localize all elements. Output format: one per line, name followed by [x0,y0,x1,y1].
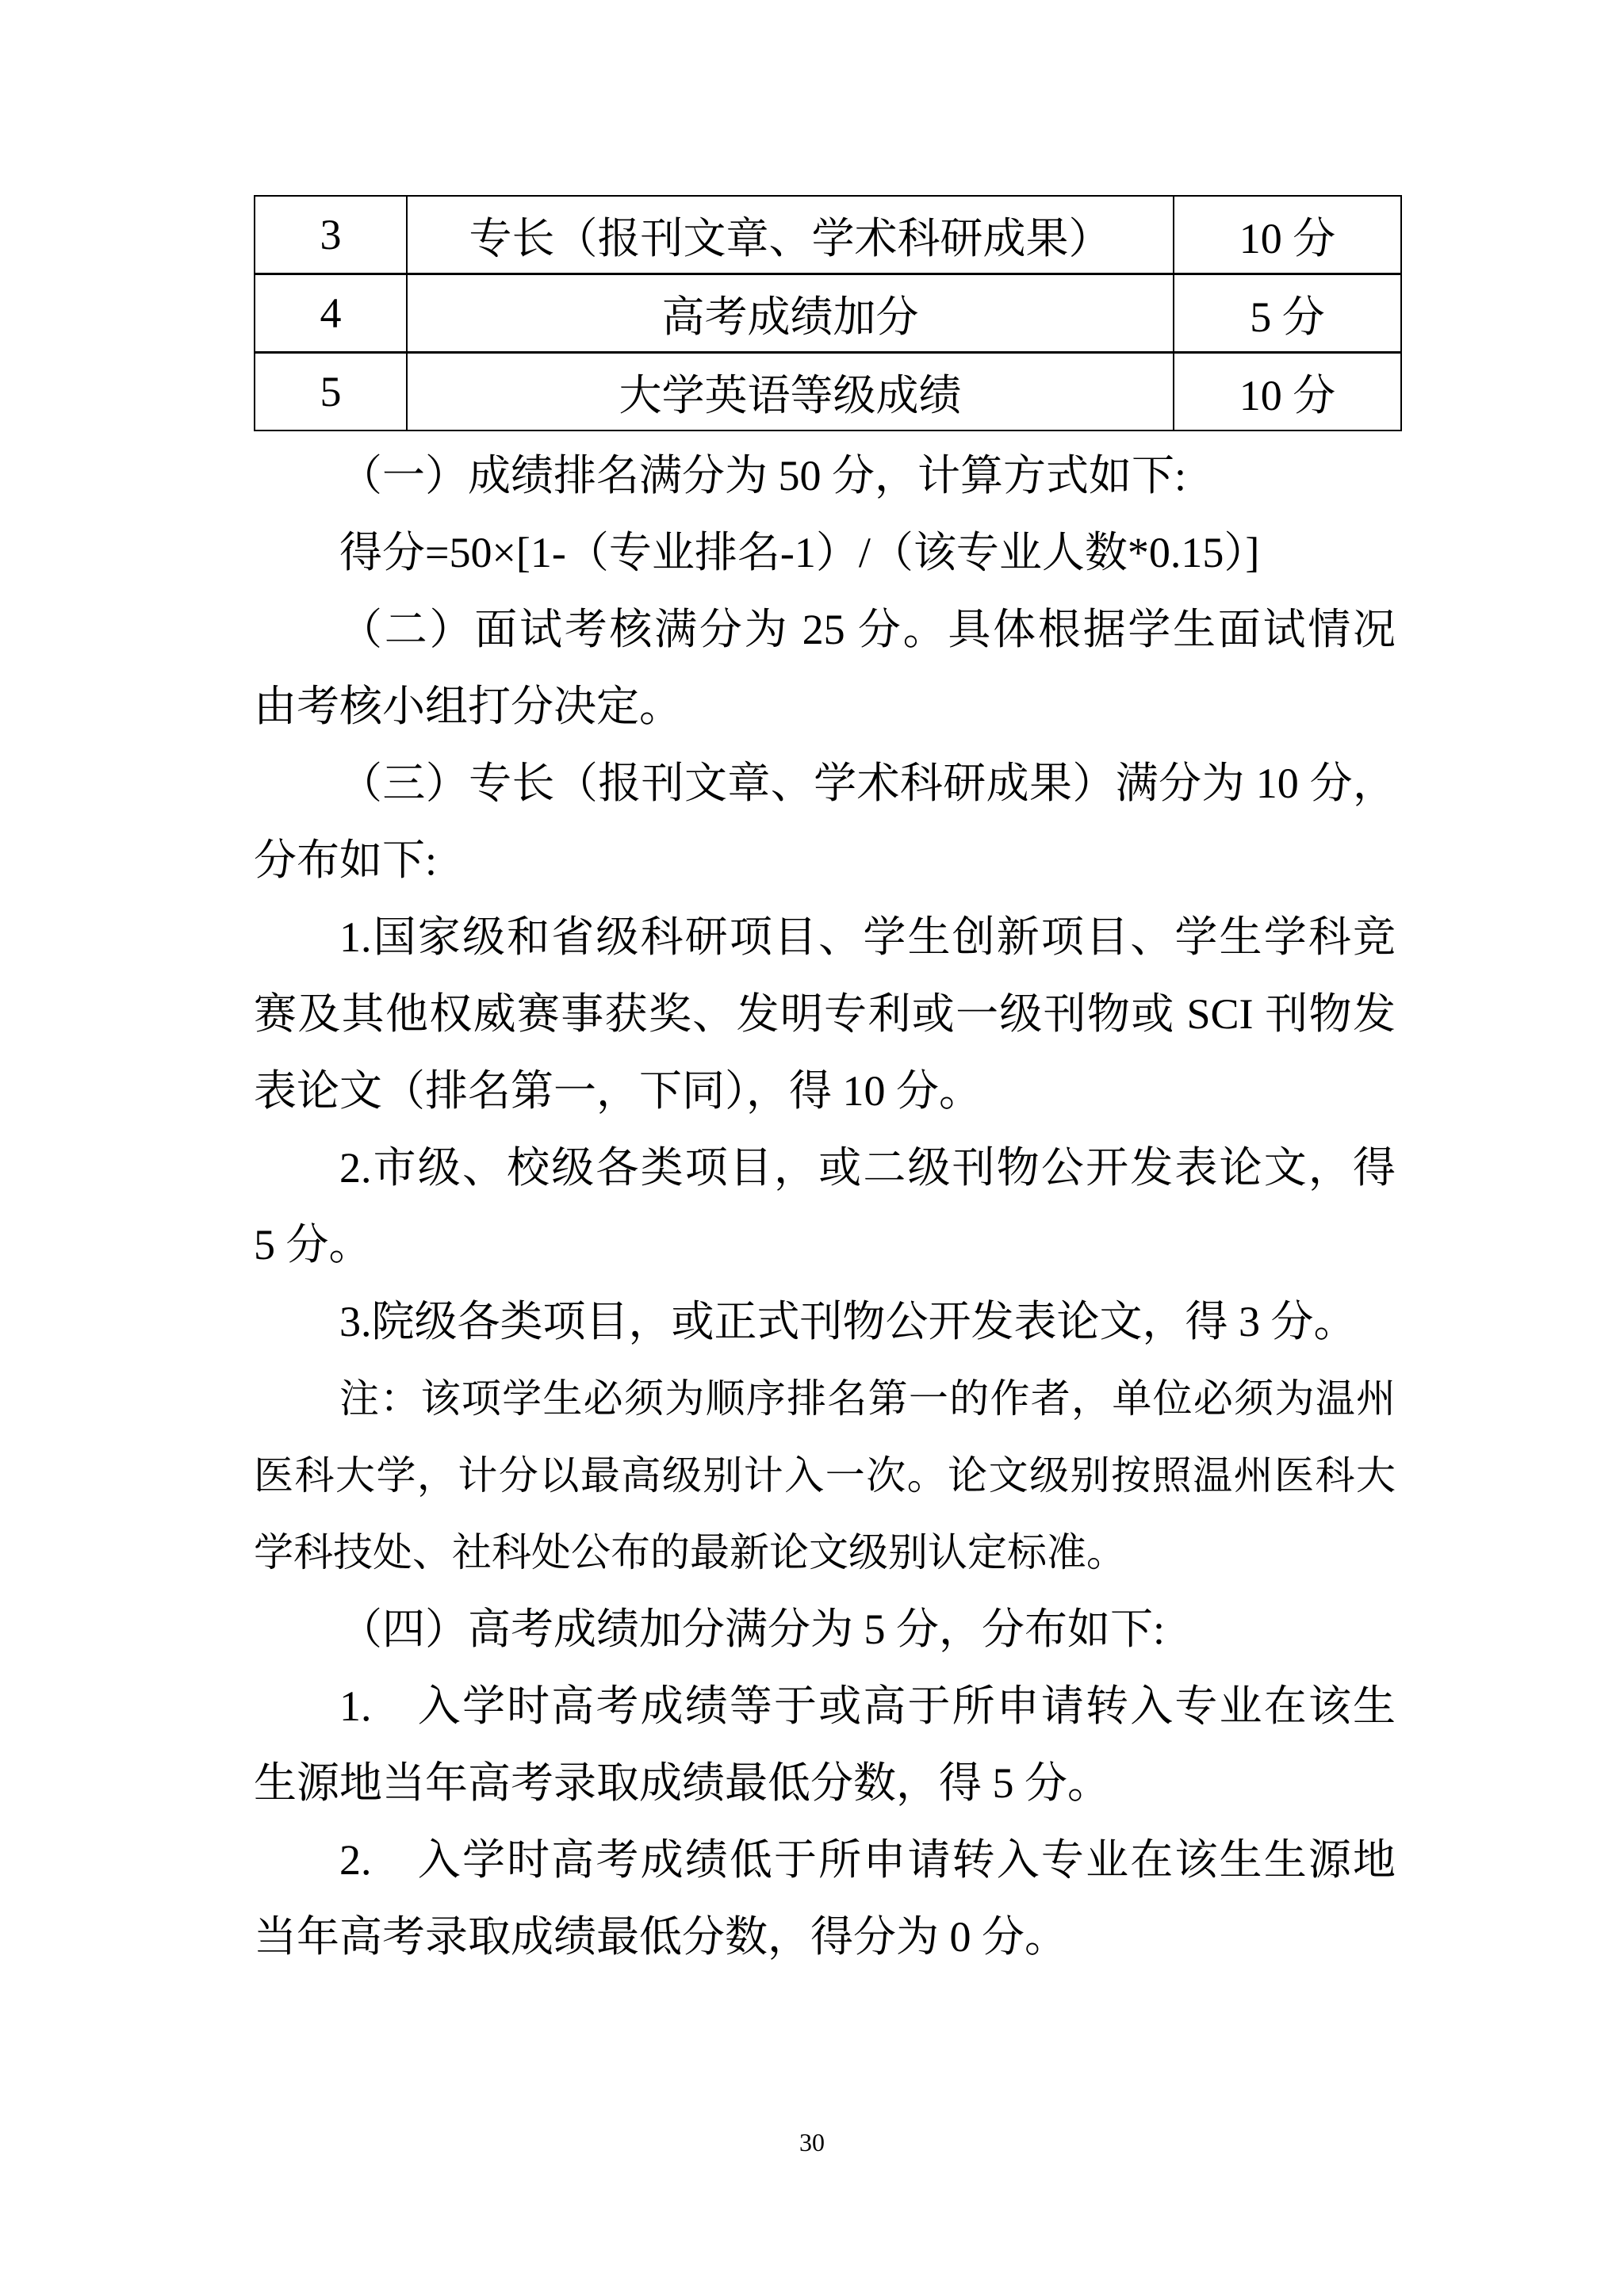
text-line: （三）专长（报刊文章、学术科研成果）满分为 10 分， [254,745,1396,822]
page-number: 30 [0,2126,1624,2158]
text-line: 2. 入学时高考成绩低于所申请转入专业在该生生源地 [254,1822,1396,1899]
text-line: 5 分。 [254,1207,1396,1284]
cell-seq: 3 [255,196,407,274]
table-row: 4 高考成绩加分 5 分 [255,274,1401,353]
text-line: 医科大学，计分以最高级别计入一次。论文级别按照温州医科大 [254,1437,1396,1514]
text-line: （四）高考成绩加分满分为 5 分，分布如下: [254,1591,1396,1668]
text-line: 学科技处、社科处公布的最新论文级别认定标准。 [254,1514,1396,1591]
text-line: 分布如下: [254,822,1396,899]
cell-score: 10 分 [1174,353,1401,431]
cell-score: 5 分 [1174,274,1401,353]
table-row: 3 专长（报刊文章、学术科研成果） 10 分 [255,196,1401,274]
cell-seq: 5 [255,353,407,431]
text-line: 赛及其他权威赛事获奖、发明专利或一级刊物或 SCI 刊物发 [254,976,1396,1053]
text-line: 生源地当年高考录取成绩最低分数，得 5 分。 [254,1745,1396,1822]
text-line: 3.院级各类项目，或正式刊物公开发表论文，得 3 分。 [254,1284,1396,1360]
text-line: 当年高考录取成绩最低分数，得分为 0 分。 [254,1899,1396,1976]
cell-seq: 4 [255,274,407,353]
text-line: 注：该项学生必须为顺序排名第一的作者，单位必须为温州 [254,1360,1396,1437]
text-line: 1.国家级和省级科研项目、学生创新项目、学生学科竞 [254,899,1396,976]
score-table: 3 专长（报刊文章、学术科研成果） 10 分 4 高考成绩加分 5 分 5 大学… [254,195,1402,431]
body-text: （一）成绩排名满分为 50 分，计算方式如下: 得分=50×[1-（专业排名-1… [254,438,1396,1976]
cell-item: 专长（报刊文章、学术科研成果） [407,196,1174,274]
text-line: （一）成绩排名满分为 50 分，计算方式如下: [254,438,1396,515]
text-line: 得分=50×[1-（专业排名-1）/（该专业人数*0.15）] [254,515,1396,591]
cell-item: 高考成绩加分 [407,274,1174,353]
text-line: （二）面试考核满分为 25 分。具体根据学生面试情况 [254,591,1396,668]
text-line: 1. 入学时高考成绩等于或高于所申请转入专业在该生 [254,1668,1396,1745]
text-line: 表论文（排名第一，下同），得 10 分。 [254,1053,1396,1130]
table-row: 5 大学英语等级成绩 10 分 [255,353,1401,431]
cell-score: 10 分 [1174,196,1401,274]
text-line: 2.市级、校级各类项目，或二级刊物公开发表论文，得 [254,1130,1396,1207]
cell-item: 大学英语等级成绩 [407,353,1174,431]
document-page: 3 专长（报刊文章、学术科研成果） 10 分 4 高考成绩加分 5 分 5 大学… [0,0,1624,2296]
text-line: 由考核小组打分决定。 [254,668,1396,745]
